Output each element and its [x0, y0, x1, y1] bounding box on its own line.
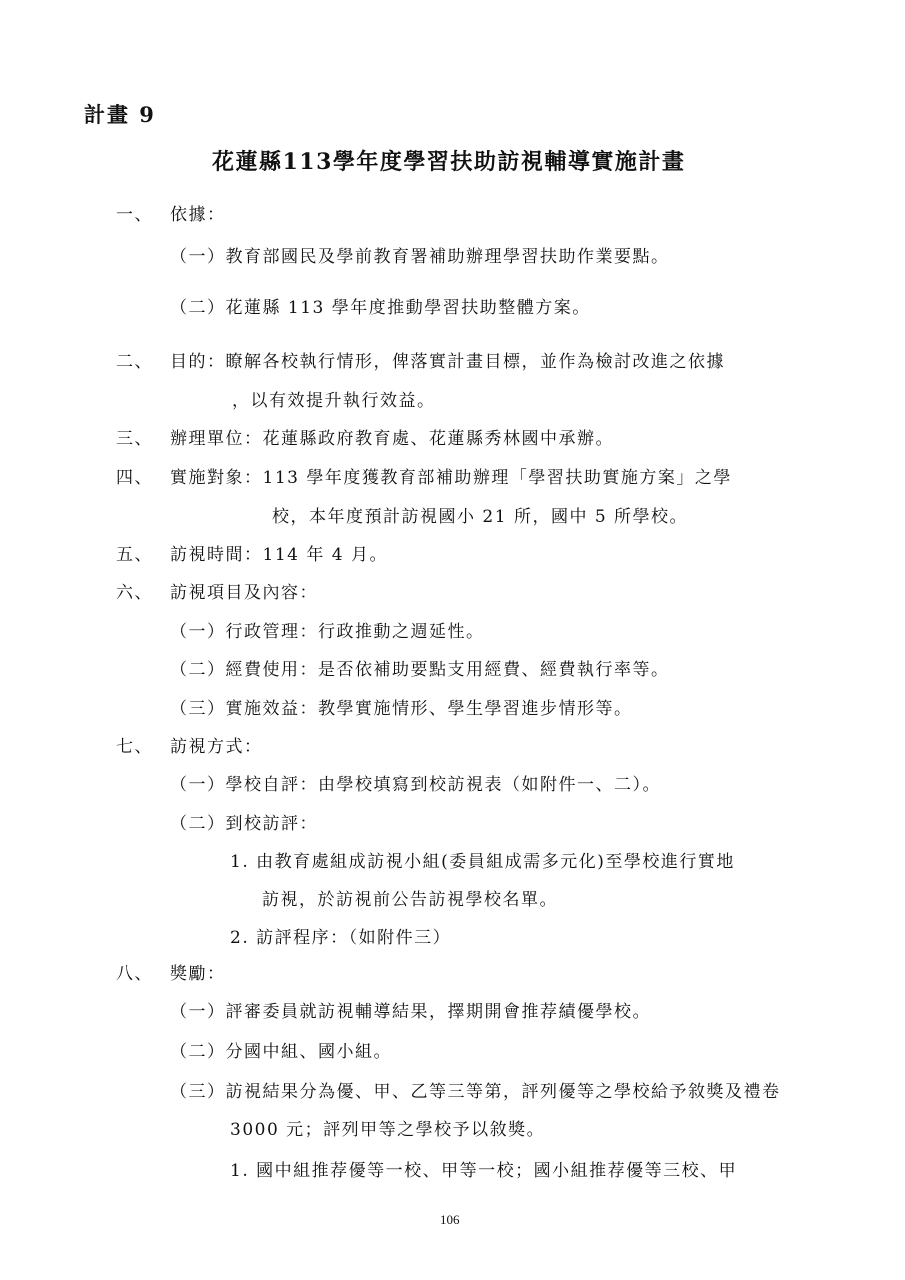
section-2-marker: 二、 [116, 350, 153, 374]
section-1-item-2: （二）花蓮縣 113 學年度推動學習扶助整體方案。 [170, 296, 591, 320]
section-1-item-1: （一）教育部國民及學前教育署補助辦理學習扶助作業要點。 [170, 245, 670, 269]
section-7-sub-2: 2. 訪評程序：（如附件三） [230, 926, 451, 950]
section-6-label: 訪視項目及內容： [170, 581, 318, 605]
section-1-label: 依據： [170, 203, 226, 227]
document-title: 花蓮縣113學年度學習扶助訪視輔導實施計畫 [212, 150, 685, 174]
section-6-item-1: （一）行政管理：行政推動之週延性。 [170, 620, 485, 644]
section-7-sub-1: 1. 由教育處組成訪視小組(委員組成需多元化)至學校進行實地 [230, 850, 735, 874]
section-6-item-3: （三）實施效益：教學實施情形、學生學習進步情形等。 [170, 697, 633, 721]
section-8-marker: 八、 [116, 962, 153, 986]
section-4-marker: 四、 [116, 466, 153, 490]
section-7-item-2: （二）到校訪評： [170, 812, 318, 836]
section-6-marker: 六、 [116, 581, 153, 605]
section-5-marker: 五、 [116, 543, 153, 567]
section-7-sub-1-continuation: 訪視，於訪視前公告訪視學校名單。 [262, 888, 558, 912]
section-2-text: 目的：瞭解各校執行情形，俾落實計畫目標，並作為檢討改進之依據 [170, 350, 725, 374]
plan-label: 計畫 9 [84, 103, 156, 127]
section-8-item-1: （一）評審委員就訪視輔導結果，擇期開會推荐績優學校。 [170, 1000, 651, 1024]
section-1-marker: 一、 [116, 203, 153, 227]
section-8-item-2: （二）分國中組、國小組。 [170, 1040, 392, 1064]
section-8-sub-1: 1. 國中組推荐優等一校、甲等一校；國小組推荐優等三校、甲 [230, 1159, 737, 1183]
section-8-item-3: （三）訪視結果分為優、甲、乙等三等第，評列優等之學校給予敘獎及禮卷 [170, 1080, 781, 1104]
section-7-label: 訪視方式： [170, 735, 263, 759]
section-8-label: 獎勵： [170, 962, 226, 986]
section-7-item-1: （一）學校自評：由學校填寫到校訪視表（如附件一、二）。 [170, 773, 661, 797]
section-3-marker: 三、 [116, 427, 153, 451]
section-6-item-2: （二）經費使用：是否依補助要點支用經費、經費執行率等。 [170, 658, 670, 682]
section-7-marker: 七、 [116, 735, 153, 759]
section-4-text: 實施對象：113 學年度獲教育部補助辦理「學習扶助實施方案」之學 [170, 466, 732, 490]
section-2-continuation: ，以有效提升執行效益。 [232, 389, 436, 413]
section-4-continuation: 校，本年度預計訪視國小 21 所，國中 5 所學校。 [272, 505, 688, 529]
section-5-text: 訪視時間：114 年 4 月。 [170, 543, 388, 567]
section-8-item-3-continuation: 3000 元；評列甲等之學校予以敘獎。 [230, 1118, 545, 1142]
section-3-text: 辦理單位：花蓮縣政府教育處、花蓮縣秀林國中承辦。 [170, 427, 614, 451]
page-number: 106 [440, 1212, 460, 1228]
